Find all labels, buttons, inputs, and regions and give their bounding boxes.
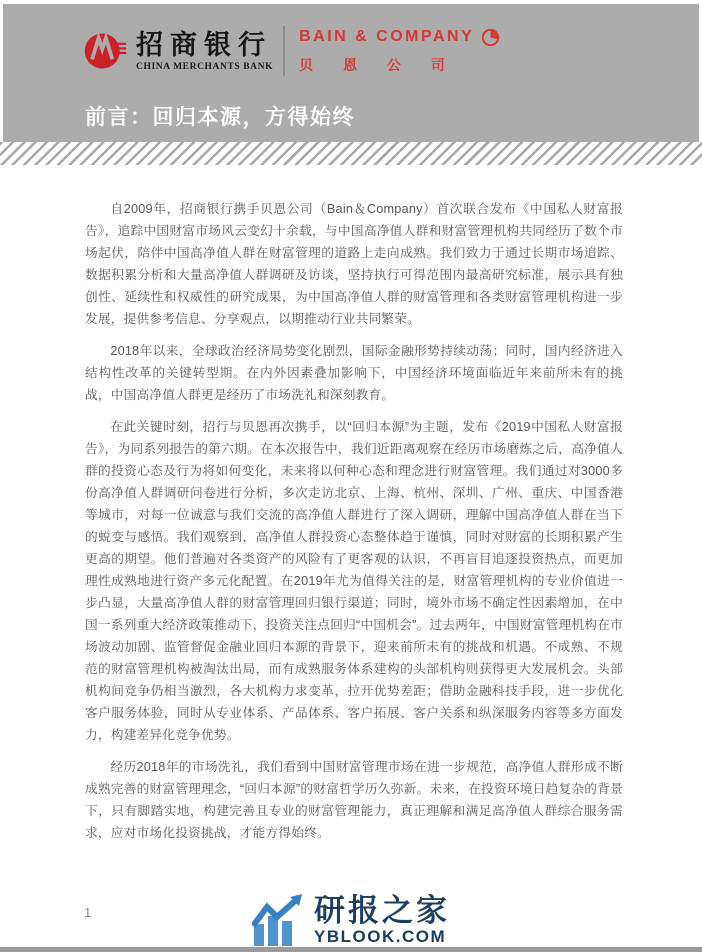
paragraph-1: 自2009年，招商银行携手贝恩公司（Bain＆Company）首次联合发布《中国… <box>85 198 623 330</box>
bottom-border <box>0 947 702 952</box>
paragraph-4: 经历2018年的市场洗礼，我们看到中国财富管理市场在进一步规范，高净值人群形成不… <box>85 756 623 844</box>
bain-compass-icon <box>481 28 500 47</box>
cmb-emblem-icon <box>82 28 128 74</box>
hatch-band <box>0 142 702 165</box>
paragraph-3: 在此关键时刻，招行与贝恩再次携手，以“回归本源”为主题，发布《2019中国私人财… <box>85 416 623 746</box>
bain-logo: BAIN & COMPANY 贝 恩 公 司 <box>299 28 500 75</box>
watermark-text: 研报之家 YBLOOK.COM <box>314 894 450 946</box>
brand-divider <box>283 26 285 76</box>
cmb-name-zh: 招商银行 <box>136 30 273 60</box>
watermark-chart-icon <box>252 894 304 946</box>
page-header: 招商银行 CHINA MERCHANTS BANK BAIN & COMPANY… <box>3 4 699 142</box>
page-title: 前言：回归本源，方得始终 <box>85 101 355 131</box>
paragraph-2: 2018年以来，全球政治经济局势变化剧烈，国际金融形势持续动荡；同时，国内经济进… <box>85 340 623 406</box>
bain-row: BAIN & COMPANY <box>299 28 500 47</box>
body-content: 自2009年，招商银行携手贝恩公司（Bain＆Company）首次联合发布《中国… <box>85 198 623 854</box>
watermark-site: YBLOOK.COM <box>314 927 446 946</box>
cmb-text: 招商银行 CHINA MERCHANTS BANK <box>136 30 273 72</box>
report-page: 招商银行 CHINA MERCHANTS BANK BAIN & COMPANY… <box>0 0 702 952</box>
cmb-logo: 招商银行 CHINA MERCHANTS BANK <box>82 28 273 74</box>
watermark-name: 研报之家 <box>314 894 450 927</box>
bain-name-en: BAIN & COMPANY <box>299 28 474 46</box>
bain-name-zh: 贝 恩 公 司 <box>299 55 500 75</box>
brand-row: 招商银行 CHINA MERCHANTS BANK BAIN & COMPANY… <box>82 22 500 80</box>
watermark: 研报之家 YBLOOK.COM <box>252 894 450 946</box>
cmb-name-en: CHINA MERCHANTS BANK <box>136 62 273 72</box>
page-number: 1 <box>84 905 91 920</box>
